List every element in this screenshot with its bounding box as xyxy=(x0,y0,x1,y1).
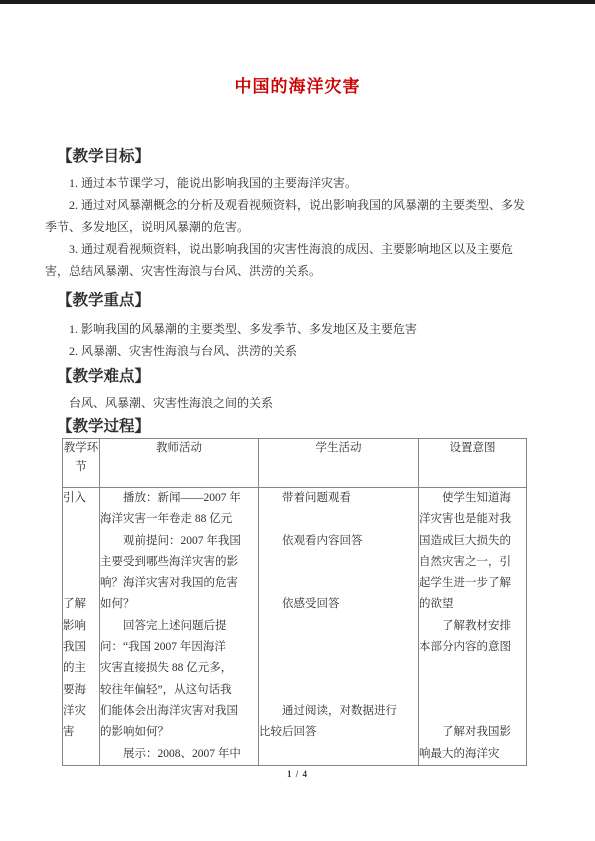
cell-teacher-activity: 播放：新闻——2007 年海洋灾害一年卷走 88 亿元 观前提问：2007 年我… xyxy=(100,488,259,766)
page-title: 中国的海洋灾害 xyxy=(45,76,550,98)
section-heading-objectives: 【教学目标】 xyxy=(57,146,550,168)
text-line: 起学生进一步了解 xyxy=(419,573,526,594)
text-line: 响最大的海洋灾 xyxy=(419,744,526,765)
table-body-row: 引入 了解影响我国的主要海洋灾害 播放：新闻——2007 年海洋灾害一年卷走 8… xyxy=(63,488,527,766)
section-heading-difficulties: 【教学难点】 xyxy=(57,366,550,388)
difficulties-paragraphs: 台风、风暴潮、灾害性海浪之间的关系 xyxy=(45,392,550,414)
text-line: 较往年偏轻”，从这句话我 xyxy=(100,680,258,701)
text-line: 2. 通过对风暴潮概念的分析及观看视频资料，说出影响我国的风暴潮的主要类型、多发 xyxy=(45,194,550,216)
text-line: 观前提问：2007 年我国 xyxy=(100,531,258,552)
text-line: 使学生知道海 xyxy=(419,488,526,509)
text-line: 害，总结风暴潮、灾害性海浪与台风、洪涝的关系。 xyxy=(45,260,550,282)
cell-student-activity: 带着问题观看 依观看内容回答 依感受回答 通过阅读，对数据进行比较后回答 xyxy=(259,488,419,766)
text-line: 们能体会出海洋灾害对我国 xyxy=(100,701,258,722)
table-header-row: 教学环节 教师活动 学生活动 设置意图 xyxy=(63,439,527,488)
text-line xyxy=(259,552,418,573)
text-line xyxy=(259,744,418,765)
text-line: 了解对我国影 xyxy=(419,722,526,743)
text-line: 自然灾害之一，引 xyxy=(419,552,526,573)
text-line: 本部分内容的意图 xyxy=(419,637,526,658)
text-line: 通过阅读，对数据进行 xyxy=(259,701,418,722)
text-line: 引入 xyxy=(63,488,99,509)
text-line: 主要受到哪些海洋灾害的影 xyxy=(100,552,258,573)
text-line xyxy=(419,701,526,722)
text-line xyxy=(63,552,99,573)
text-line: 依观看内容回答 xyxy=(259,531,418,552)
text-line: 台风、风暴潮、灾害性海浪之间的关系 xyxy=(45,392,550,414)
text-line: 灾害直接损失 88 亿元多， xyxy=(100,658,258,679)
section-heading-process: 【教学过程】 xyxy=(57,416,550,438)
section-heading-key-points: 【教学重点】 xyxy=(57,290,550,312)
text-line xyxy=(259,509,418,530)
teaching-process-table: 教学环节 教师活动 学生活动 设置意图 引入 了解影响我国的主要海洋灾害 播放：… xyxy=(62,438,527,766)
header-cell-teacher-activity: 教师活动 xyxy=(100,439,259,488)
text-line: 展示：2008、2007 年中 xyxy=(100,744,258,765)
header-cell-student-activity: 学生活动 xyxy=(259,439,419,488)
text-line xyxy=(259,658,418,679)
text-line xyxy=(259,637,418,658)
text-line: 洋灾 xyxy=(63,701,99,722)
text-line xyxy=(259,616,418,637)
page-top-border xyxy=(0,0,595,4)
text-line: 带着问题观看 xyxy=(259,488,418,509)
text-line: 要海 xyxy=(63,680,99,701)
text-line: 海洋灾害一年卷走 88 亿元 xyxy=(100,509,258,530)
text-line: 播放：新闻——2007 年 xyxy=(100,488,258,509)
text-line xyxy=(63,744,99,765)
text-line: 依感受回答 xyxy=(259,594,418,615)
text-line xyxy=(63,573,99,594)
header-cell-design-intent: 设置意图 xyxy=(419,439,527,488)
text-line: 回答完上述问题后提 xyxy=(100,616,258,637)
objectives-paragraphs: 1. 通过本节课学习，能说出影响我国的主要海洋灾害。 2. 通过对风暴潮概念的分… xyxy=(45,172,550,282)
text-line xyxy=(259,573,418,594)
text-line: 洋灾害也是能对我 xyxy=(419,509,526,530)
header-cell-stage: 教学环节 xyxy=(63,439,100,488)
text-line: 比较后回答 xyxy=(259,722,418,743)
text-line xyxy=(419,658,526,679)
text-line: 我国 xyxy=(63,637,99,658)
text-line: 2. 风暴潮、灾害性海浪与台风、洪涝的关系 xyxy=(45,340,550,362)
text-line: 国造成巨大损失的 xyxy=(419,531,526,552)
page-number: 1 / 4 xyxy=(45,769,550,779)
document-page: 中国的海洋灾害 【教学目标】 1. 通过本节课学习，能说出影响我国的主要海洋灾害… xyxy=(0,76,595,779)
key-points-paragraphs: 1. 影响我国的风暴潮的主要类型、多发季节、多发地区及主要危害 2. 风暴潮、灾… xyxy=(45,318,550,362)
text-line: 响？海洋灾害对我国的危害 xyxy=(100,573,258,594)
text-line: 季节、多发地区，说明风暴潮的危害。 xyxy=(45,216,550,238)
text-line: 了解教材安排 xyxy=(419,616,526,637)
text-line: 害 xyxy=(63,722,99,743)
text-line xyxy=(259,680,418,701)
cell-stage: 引入 了解影响我国的主要海洋灾害 xyxy=(63,488,100,766)
text-line xyxy=(419,680,526,701)
text-line xyxy=(63,509,99,530)
text-line: 1. 通过本节课学习，能说出影响我国的主要海洋灾害。 xyxy=(45,172,550,194)
text-line: 影响 xyxy=(63,616,99,637)
text-line: 的主 xyxy=(63,658,99,679)
text-line: 的影响如何？ xyxy=(100,722,258,743)
text-line xyxy=(63,531,99,552)
text-line: 3. 通过观看视频资料，说出影响我国的灾害性海浪的成因、主要影响地区以及主要危 xyxy=(45,238,550,260)
text-line: 1. 影响我国的风暴潮的主要类型、多发季节、多发地区及主要危害 xyxy=(45,318,550,340)
text-line: 问：“我国 2007 年因海洋 xyxy=(100,637,258,658)
text-line: 的欲望 xyxy=(419,594,526,615)
text-line: 如何？ xyxy=(100,594,258,615)
cell-design-intent: 使学生知道海洋灾害也是能对我国造成巨大损失的自然灾害之一，引起学生进一步了解的欲… xyxy=(419,488,527,766)
text-line: 了解 xyxy=(63,594,99,615)
